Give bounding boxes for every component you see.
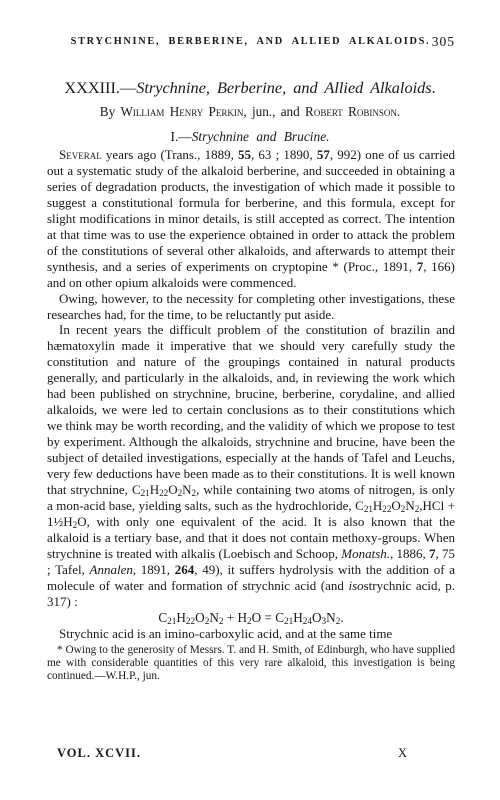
running-header: STRYCHNINE, BERBERINE, AND ALLIED ALKALO… [46,36,455,47]
article-body: Several years ago (Trans., 1889, 55, 63 … [47,147,455,684]
footnote: * Owing to the generosity of Messrs. T. … [47,644,455,684]
signature-mark: X [398,746,407,761]
body-paragraph-2: Owing, however, to the necessity for com… [47,291,455,323]
body-paragraph-1: Several years ago (Trans., 1889, 55, 63 … [47,147,455,291]
chemical-equation: C21H22O2N2 + H2O = C21H24O3N2. [47,610,455,626]
section-heading: I.—Strychnine and Brucine. [0,129,500,145]
body-paragraph-4: Strychnic acid is an imino-carboxylic ac… [47,626,455,642]
running-header-title: STRYCHNINE, BERBERINE, AND ALLIED ALKALO… [46,36,455,47]
byline: By William Henry Perkin, jun., and Rober… [0,104,500,120]
journal-page: STRYCHNINE, BERBERINE, AND ALLIED ALKALO… [0,0,500,800]
page-number: 305 [432,34,455,50]
volume-label: VOL. XCVII. [57,746,141,761]
article-title: XXXIII.—Strychnine, Berberine, and Allie… [0,78,500,98]
body-paragraph-3: In recent years the difficult problem of… [47,322,455,609]
